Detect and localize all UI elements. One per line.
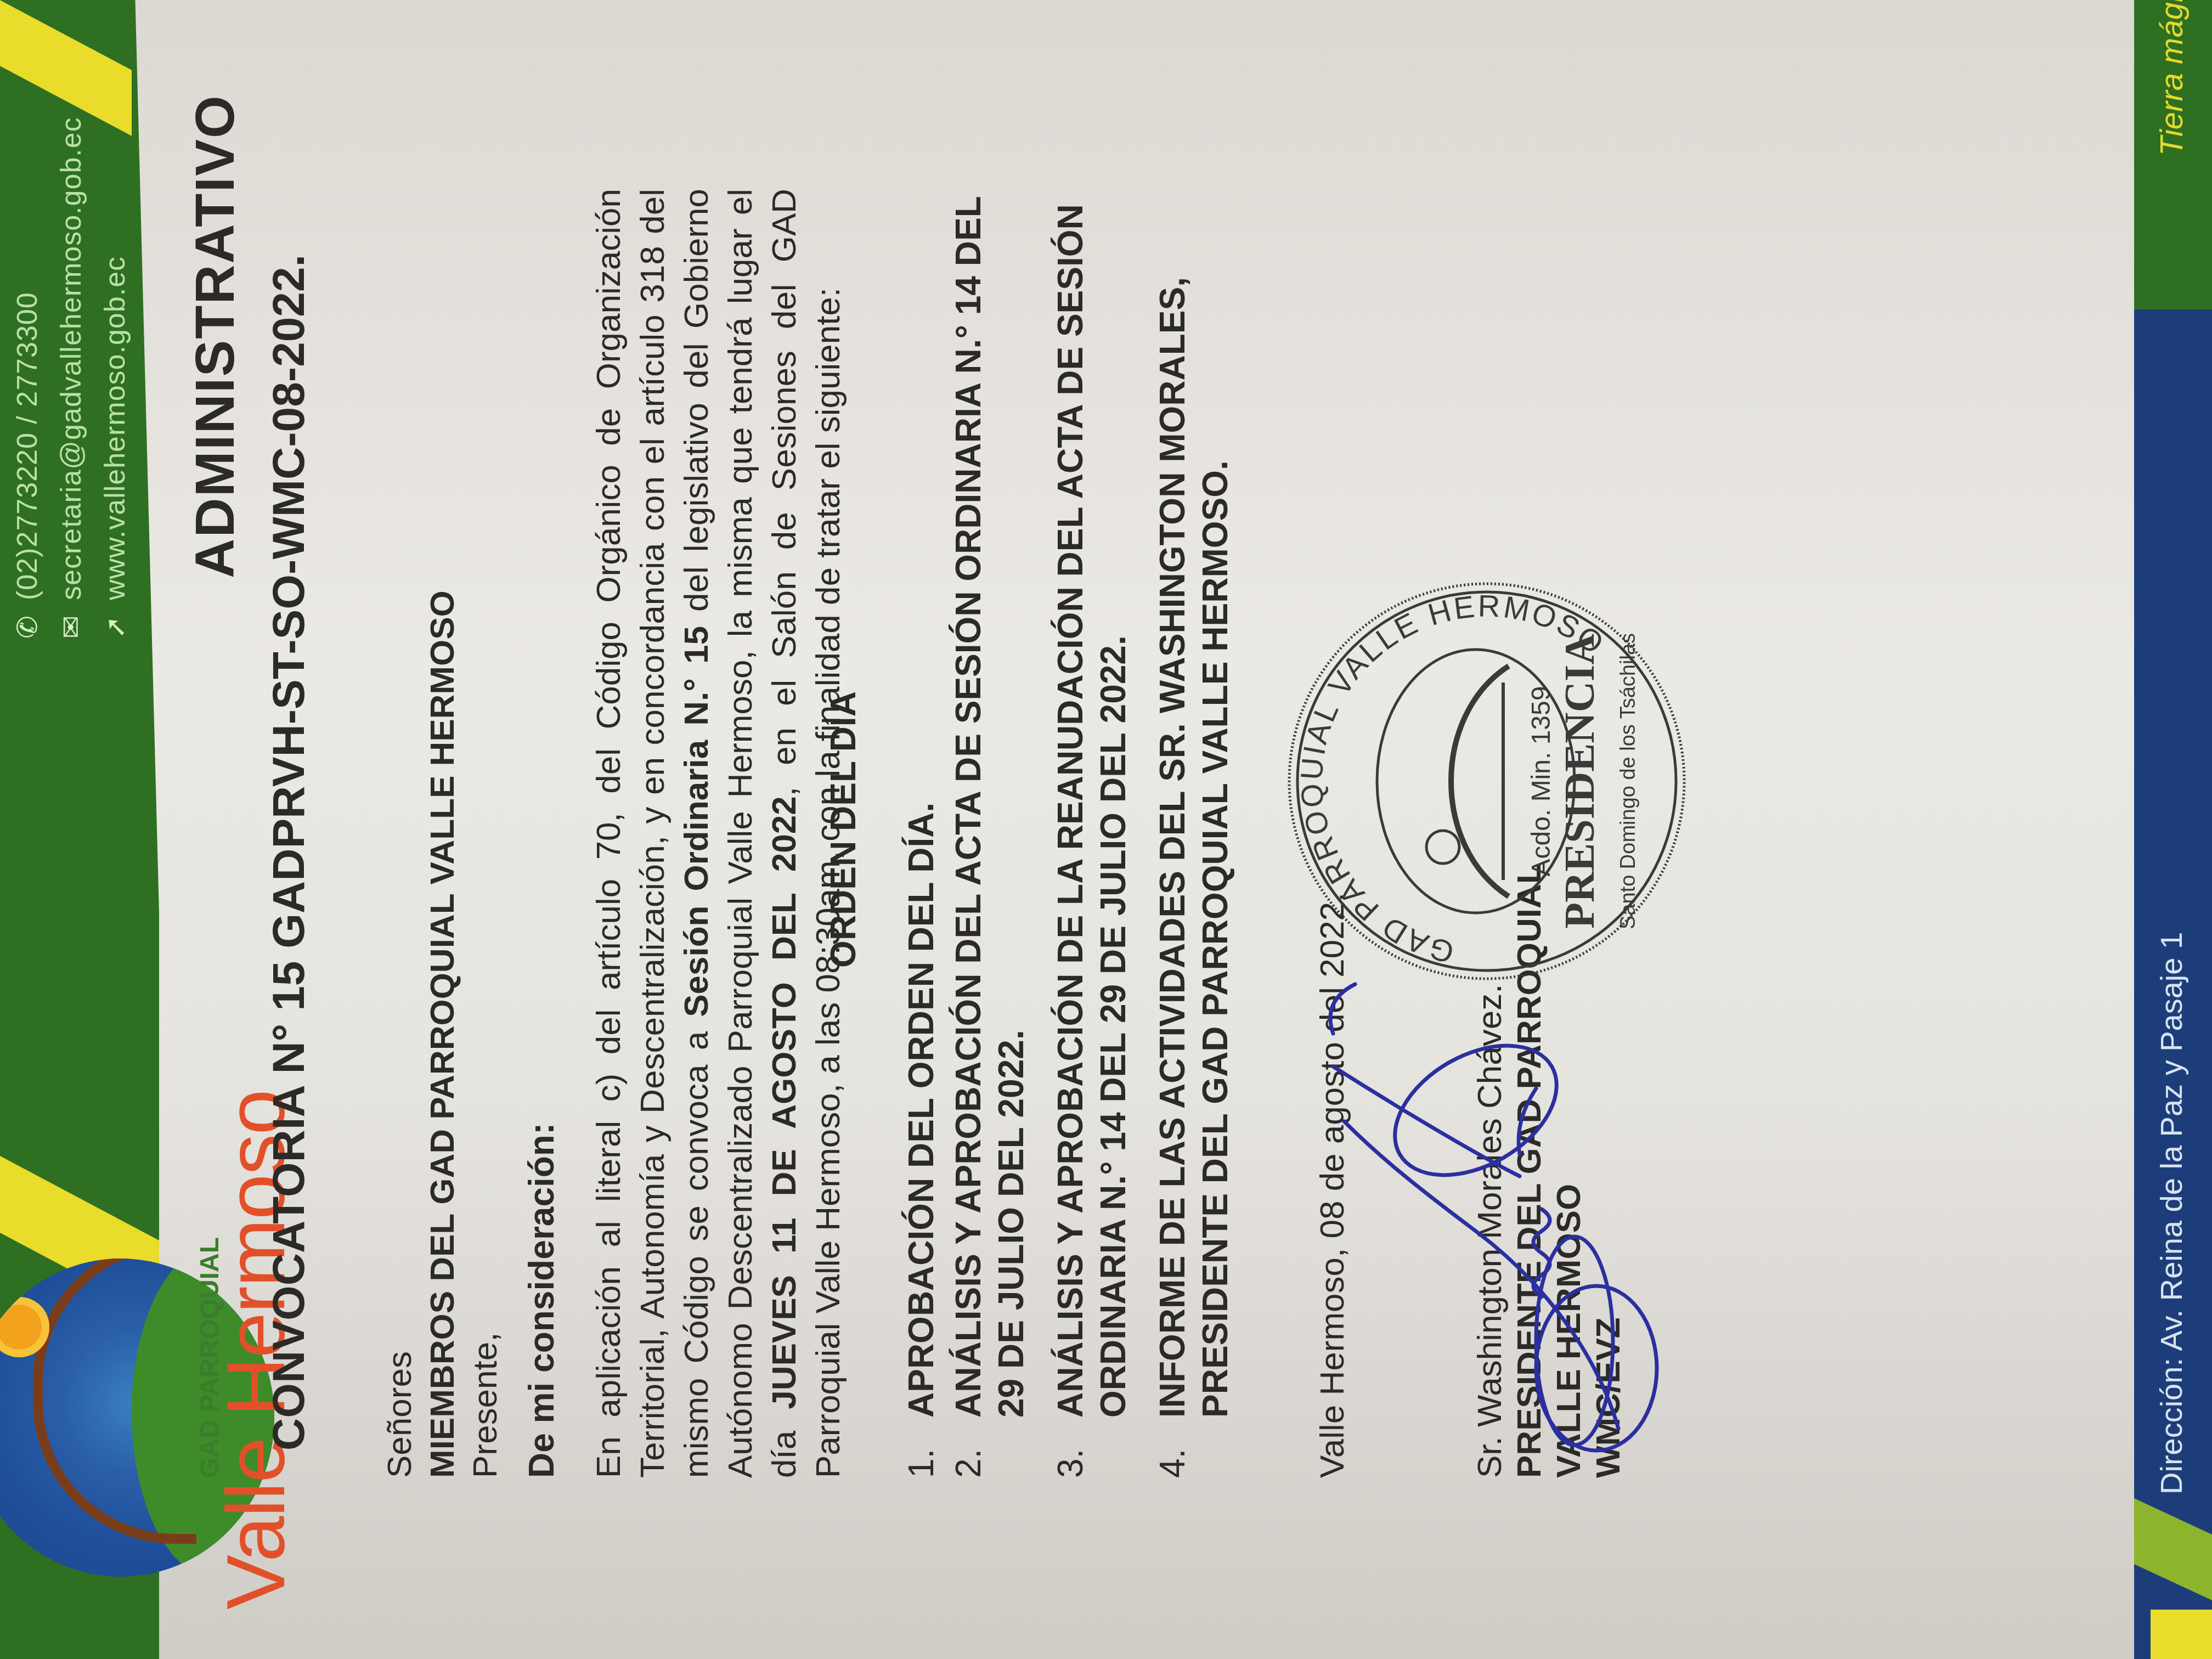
contact-email: ✉secretaria@gadvallehermoso.gob.ec [55,117,88,639]
agenda-item: 3.ANÁLISIS Y APROBACIÓN DE LA REANUDACIÓ… [1049,161,1135,1478]
mail-icon: ✉ [55,600,87,639]
salutation: Señores [379,590,421,1478]
body-paragraph: En aplicación al literal c) del artículo… [587,189,850,1478]
presente: Presente, [464,590,507,1478]
recipient-block: Señores MIEMBROS DEL GAD PARROQUIAL VALL… [379,590,507,1478]
stamp-office: PRESIDENCIA [1555,634,1603,928]
footer-address: Dirección: Av. Reina de la Paz y Pasaje … [2153,932,2189,1494]
phone-icon: ✆ [12,600,43,639]
recipient: MIEMBROS DEL GAD PARROQUIAL VALLE HERMOS… [421,590,464,1478]
consideration-heading: De mi consideración: [521,1123,562,1478]
letter-page: GAD PARROQUIAL Valle Hermoso ✆(02)277322… [0,0,2212,1659]
footer-tagline: Tierra mágica [2153,0,2190,156]
footer-yellow-corner [2151,1610,2212,1659]
stamp-acuerdo: Acdo. Min. 1359 [1527,686,1556,877]
contact-phone: ✆(02)2773220 / 2773300 [11,292,44,639]
contact-website: ➚www.vallehermoso.gob.ec [99,256,132,639]
agenda-item: 1.APROBACIÓN DEL ORDEN DEL DÍA. [900,161,943,1478]
stamp-location: Santo Domingo de los Tsáchilas [1617,633,1640,929]
agenda-list: 1.APROBACIÓN DEL ORDEN DEL DÍA. 2.ANÁLIS… [900,161,1253,1478]
bridge-icon [33,1259,196,1544]
agenda-heading: ORDEN DEL DÍA [823,0,864,1659]
handwritten-signature [1311,913,1695,1462]
document-title: CONVOCATORIA N° 15 GADPRVH-ST-SO-WMC-08-… [263,255,315,1451]
department-label: ADMINISTRATIVO [184,94,247,578]
official-stamp: GAD PARROQUIAL VALLE HERMOSO Acdo. Min. … [1278,573,1695,990]
agenda-item: 4.INFORME DE LAS ACTIVIDADES DEL SR. WAS… [1151,161,1237,1478]
cursor-icon: ➚ [99,600,131,639]
agenda-item: 2.ANÁLISIS Y APROBACIÓN DEL ACTA DE SESI… [947,161,1032,1478]
